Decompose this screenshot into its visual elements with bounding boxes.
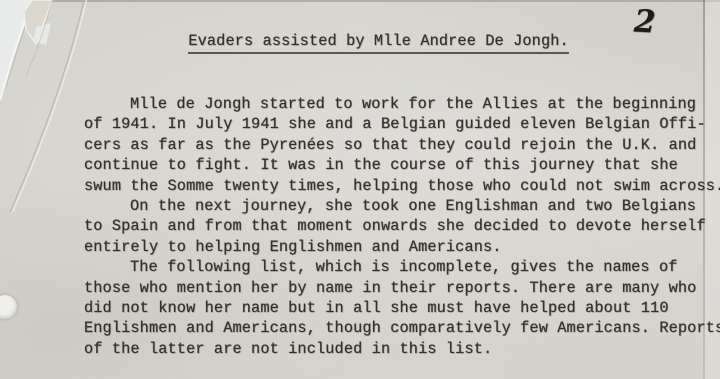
punch-hole bbox=[0, 295, 17, 319]
text-line: On the next journey, she took one Englis… bbox=[84, 196, 720, 216]
title-underlined-text: Evaders assisted by Mlle Andree De Jongh… bbox=[188, 32, 568, 54]
paragraph-2: On the next journey, she took one Englis… bbox=[84, 196, 720, 257]
document-scan: Evaders assisted by Mlle Andree De Jongh… bbox=[0, 0, 720, 379]
text-line: those who mention her by name in their r… bbox=[84, 278, 720, 298]
text-line: of the latter are not included in this l… bbox=[84, 339, 720, 359]
paragraph-3: The following list, which is incomplete,… bbox=[84, 257, 720, 359]
text-line: to Spain and from that moment onwards sh… bbox=[84, 216, 720, 236]
text-line: continue to fight. It was in the course … bbox=[84, 155, 720, 175]
document-title: Evaders assisted by Mlle Andree De Jongh… bbox=[84, 14, 636, 68]
text-line: Mlle de Jongh started to work for the Al… bbox=[84, 94, 720, 114]
page-number: 2 bbox=[633, 3, 656, 40]
text-line: cers as far as the Pyrenées so that they… bbox=[84, 135, 720, 155]
text-line: The following list, which is incomplete,… bbox=[84, 257, 720, 277]
paragraph-1: Mlle de Jongh started to work for the Al… bbox=[84, 94, 720, 196]
text-line: did not know her name but in all she mus… bbox=[84, 298, 720, 318]
text-line: swum the Somme twenty times, helping tho… bbox=[84, 176, 720, 196]
text-line: of 1941. In July 1941 she and a Belgian … bbox=[84, 114, 720, 134]
text-line: Englishmen and Americans, though compara… bbox=[84, 318, 720, 338]
text-line: entirely to helping Englishmen and Ameri… bbox=[84, 237, 720, 257]
document-body: Mlle de Jongh started to work for the Al… bbox=[84, 94, 720, 359]
